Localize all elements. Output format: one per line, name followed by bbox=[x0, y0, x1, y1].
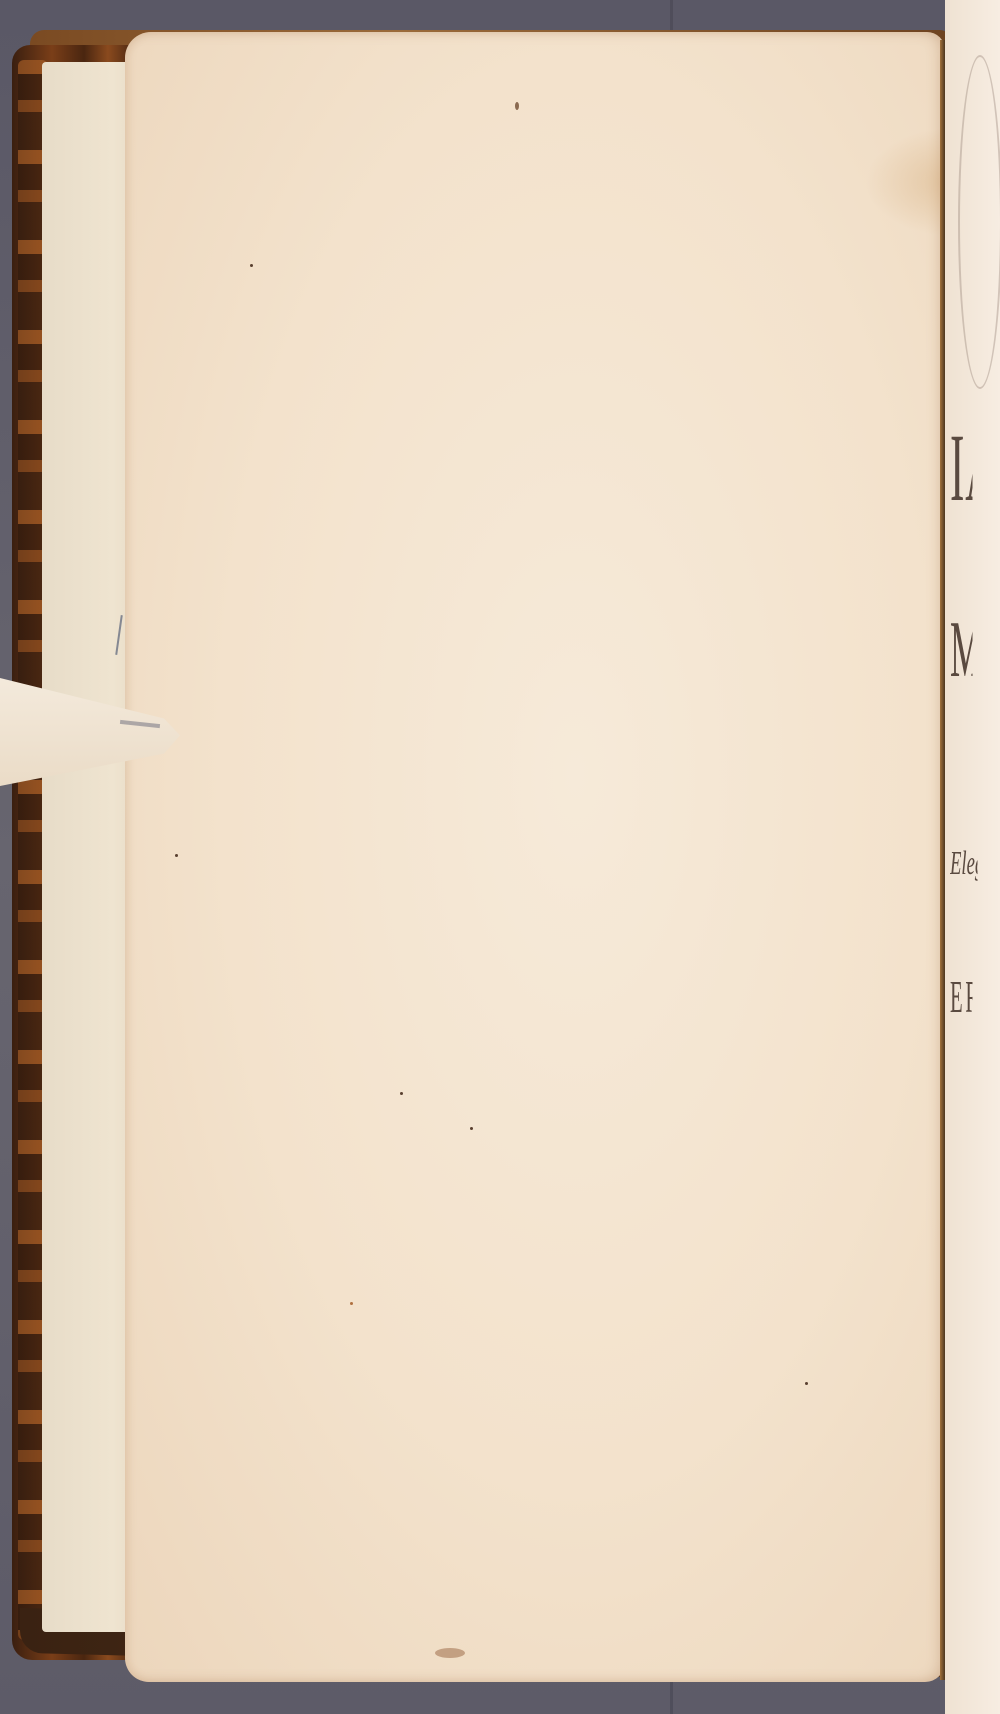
stain bbox=[435, 1648, 465, 1658]
blank-page bbox=[125, 32, 945, 1682]
speck bbox=[400, 1092, 403, 1095]
oval-seal-impression bbox=[958, 55, 1000, 389]
speck bbox=[470, 1127, 473, 1130]
speck bbox=[515, 102, 519, 110]
title-text-line3: Eleganter bbox=[950, 845, 978, 883]
speck bbox=[350, 1302, 353, 1305]
title-text-line2: MEU bbox=[950, 610, 973, 690]
speck bbox=[175, 854, 178, 857]
title-text-line1: IAN bbox=[950, 420, 973, 516]
speck bbox=[805, 1382, 808, 1385]
title-text-line4: ERMO bbox=[950, 970, 973, 1023]
speck bbox=[250, 264, 253, 267]
